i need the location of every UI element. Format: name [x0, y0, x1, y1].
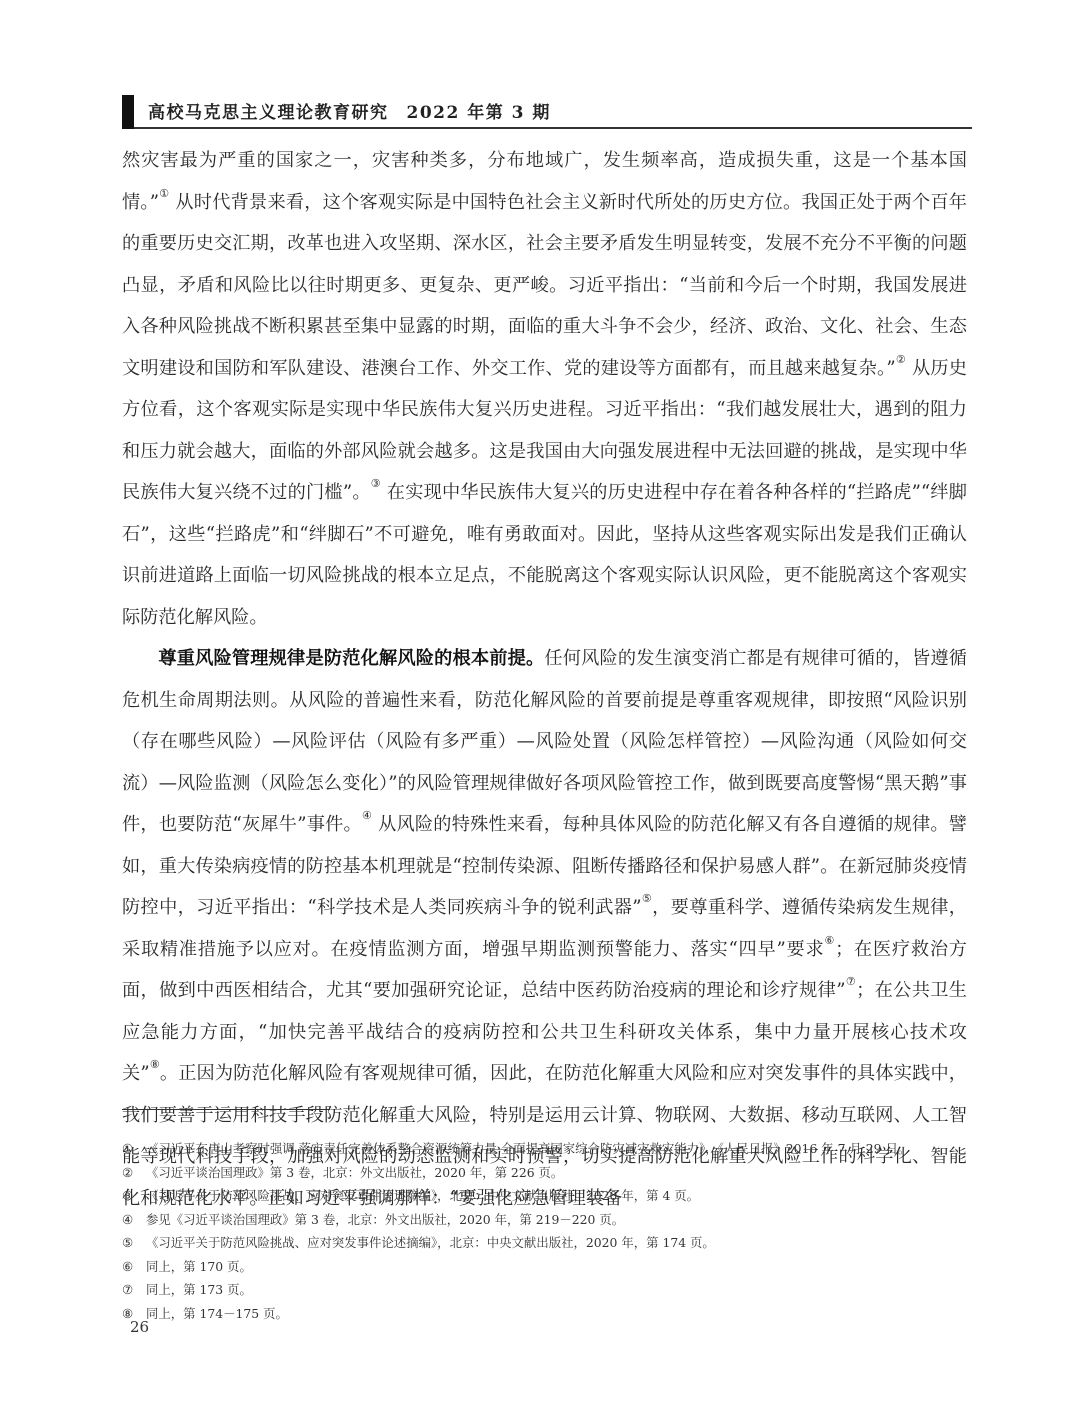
footnote-ref-6[interactable]: ⑥	[824, 934, 835, 947]
footnote-mark: ⑤	[122, 1231, 146, 1255]
footnote-6: ⑥同上，第 170 页。	[122, 1255, 982, 1279]
footnote-text: 同上，第 170 页。	[146, 1259, 252, 1274]
footnote-mark: ④	[122, 1208, 146, 1232]
footnote-3: ③《习近平关于防范风险挑战、应对突发事件论述摘编》，北京：中央文献出版社，202…	[122, 1184, 982, 1208]
footnote-ref-3[interactable]: ③	[371, 477, 381, 490]
article-body: 然灾害最为严重的国家之一，灾害种类多，分布地域广，发生频率高，造成损失重，这是一…	[122, 140, 967, 1219]
footnotes-list: ①《习近平在唐山考察时强调 落实责任完善体系整合资源统筹力量 全面提高国家综合防…	[122, 1137, 982, 1325]
footnote-ref-4[interactable]: ④	[362, 809, 372, 822]
footnote-ref-5[interactable]: ⑤	[642, 892, 653, 905]
paragraph-2: 尊重风险管理规律是防范化解风险的根本前提。任何风险的发生演变消亡都是有规律可循的…	[122, 638, 967, 1219]
issue-label: 2022 年第 3 期	[407, 103, 551, 123]
footnote-text: 《习近平关于防范风险挑战、应对突发事件论述摘编》，北京：中央文献出版社，2020…	[146, 1188, 699, 1203]
text-run: 在实现中华民族伟大复兴的历史进程中存在着各种各样的“拦路虎”“绊脚石”，这些“拦…	[122, 482, 967, 628]
paragraph-1: 然灾害最为严重的国家之一，灾害种类多，分布地域广，发生频率高，造成损失重，这是一…	[122, 140, 967, 638]
footnote-4: ④参见《习近平谈治国理政》第 3 卷，北京：外文出版社，2020 年，第 219…	[122, 1208, 982, 1232]
footnote-ref-1[interactable]: ①	[159, 187, 169, 200]
footnote-2: ②《习近平谈治国理政》第 3 卷，北京：外文出版社，2020 年，第 226 页…	[122, 1161, 982, 1185]
footnote-1: ①《习近平在唐山考察时强调 落实责任完善体系整合资源统筹力量 全面提高国家综合防…	[122, 1137, 982, 1161]
footnote-8: ⑧同上，第 174－175 页。	[122, 1302, 982, 1326]
header-black-bar	[122, 95, 134, 129]
footnote-divider	[122, 1109, 330, 1110]
page-number: 26	[130, 1318, 149, 1336]
footnote-text: 《习近平谈治国理政》第 3 卷，北京：外文出版社，2020 年，第 226 页。	[146, 1165, 563, 1180]
footnote-mark: ②	[122, 1161, 146, 1185]
footnote-mark: ⑦	[122, 1278, 146, 1302]
journal-title: 高校马克思主义理论教育研究2022 年第 3 期	[148, 98, 551, 123]
footnote-7: ⑦同上，第 173 页。	[122, 1278, 982, 1302]
text-run: 从时代背景来看，这个客观实际是中国特色社会主义新时代所处的历史方位。我国正处于两…	[122, 192, 967, 379]
footnote-ref-2[interactable]: ②	[896, 353, 906, 366]
running-header: 高校马克思主义理论教育研究2022 年第 3 期	[122, 95, 972, 129]
footnote-mark: ⑥	[122, 1255, 146, 1279]
footnote-mark: ③	[122, 1184, 146, 1208]
footnote-text: 同上，第 174－175 页。	[146, 1306, 288, 1321]
footnote-mark: ①	[122, 1137, 146, 1161]
journal-name: 高校马克思主义理论教育研究	[148, 103, 389, 123]
footnote-text: 《习近平关于防范风险挑战、应对突发事件论述摘编》，北京：中央文献出版社，2020…	[146, 1235, 715, 1250]
footnote-text: 《习近平在唐山考察时强调 落实责任完善体系整合资源统筹力量 全面提高国家综合防灾…	[146, 1141, 910, 1156]
footnote-ref-7[interactable]: ⑦	[846, 975, 857, 988]
footnote-text: 参见《习近平谈治国理政》第 3 卷，北京：外文出版社，2020 年，第 219－…	[146, 1212, 624, 1227]
footnote-ref-8[interactable]: ⑧	[150, 1058, 160, 1071]
text-run: 任何风险的发生演变消亡都是有规律可循的，皆遵循危机生命周期法则。从风险的普遍性来…	[122, 648, 967, 835]
footnote-5: ⑤《习近平关于防范风险挑战、应对突发事件论述摘编》，北京：中央文献出版社，202…	[122, 1231, 982, 1255]
footnote-text: 同上，第 173 页。	[146, 1282, 252, 1297]
paragraph-lead-bold: 尊重风险管理规律是防范化解风险的根本前提。	[158, 648, 544, 669]
